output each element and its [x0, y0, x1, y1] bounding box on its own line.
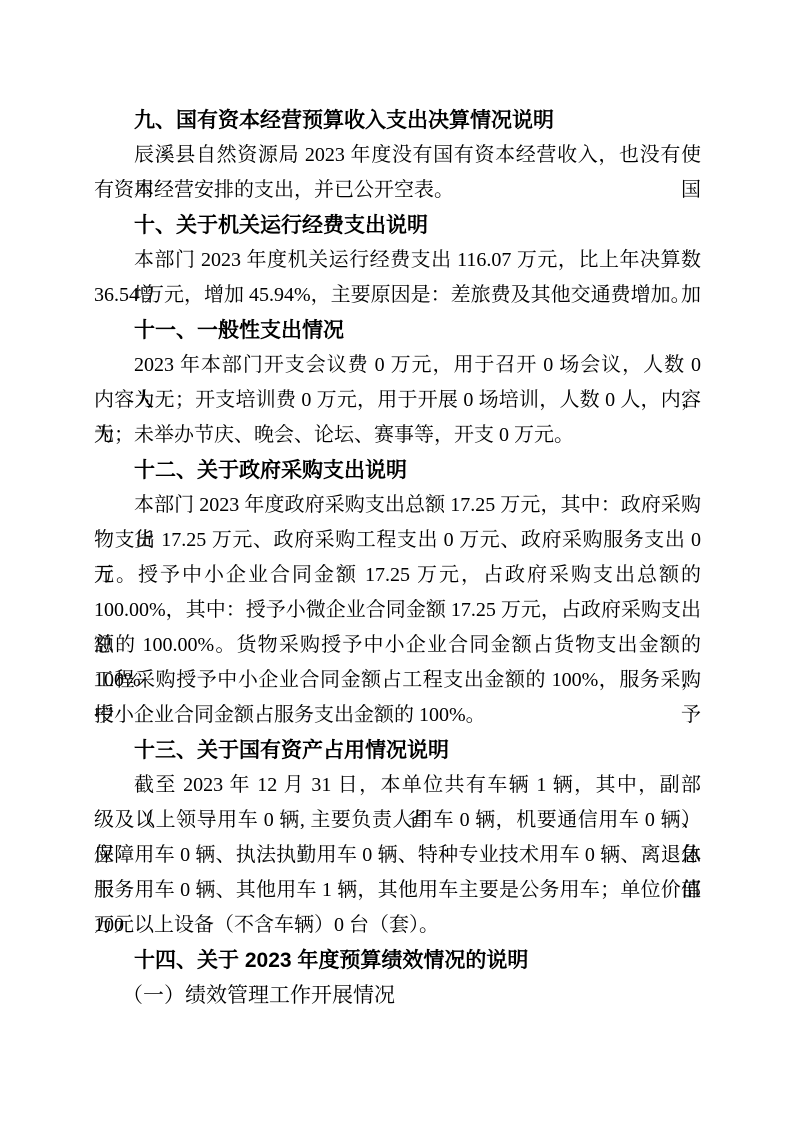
paragraph-line: 无；未举办节庆、晚会、论坛、赛事等，开支 0 万元。 [94, 418, 701, 453]
paragraph-line: 元。授予中小企业合同金额 17.25 万元，占政府采购支出总额的 [94, 558, 701, 593]
heading-section-thirteen: 十三、关于国有资产占用情况说明 [94, 733, 701, 768]
heading-section-ten: 十、关于机关运行经费支出说明 [94, 208, 701, 243]
paragraph-line: 工程采购授予中小企业合同金额占工程支出金额的 100%，服务采购授予 [94, 663, 701, 698]
paragraph-line: 本部门 2023 年度政府采购支出总额 17.25 万元，其中：政府采购货 [94, 488, 701, 523]
paragraph-line: 万元以上设备（不含车辆）0 台（套）。 [94, 908, 701, 943]
paragraph-line: 级及以上领导用车 0 辆, 主要负责人用车 0 辆，机要通信用车 0 辆、应急 [94, 803, 701, 838]
document-body: 九、国有资本经营预算收入支出决算情况说明 辰溪县自然资源局 2023 年度没有国… [94, 103, 701, 1013]
heading-section-fourteen: 十四、关于 2023 年度预算绩效情况的说明 [94, 943, 701, 978]
paragraph-line: 2023 年本部门开支会议费 0 万元，用于召开 0 场会议，人数 0 人， [94, 348, 701, 383]
heading-section-eleven: 十一、一般性支出情况 [94, 313, 701, 348]
subheading-performance: （一）绩效管理工作开展情况 [94, 978, 701, 1013]
paragraph-line: 额的 100.00%。货物采购授予中小企业合同金额占货物支出金额的 100%， [94, 628, 701, 663]
paragraph-line: 100.00%，其中：授予小微企业合同金额 17.25 万元，占政府采购支出总 [94, 593, 701, 628]
heading-section-twelve: 十二、关于政府采购支出说明 [94, 453, 701, 488]
paragraph-line: 36.54 万元，增加 45.94%，主要原因是：差旅费及其他交通费增加。 [94, 278, 701, 313]
paragraph-line: 辰溪县自然资源局 2023 年度没有国有资本经营收入，也没有使用国 [94, 138, 701, 173]
paragraph-line: 截至 2023 年 12 月 31 日，本单位共有车辆 1 辆，其中，副部（省） [94, 768, 701, 803]
paragraph-line: 内容为无；开支培训费 0 万元，用于开展 0 场培训，人数 0 人，内容为 [94, 383, 701, 418]
paragraph-line: 本部门 2023 年度机关运行经费支出 116.07 万元，比上年决算数增加 [94, 243, 701, 278]
paragraph-line: 服务用车 0 辆、其他用车 1 辆，其他用车主要是公务用车；单位价值 100 [94, 873, 701, 908]
paragraph-line: 物支出 17.25 万元、政府采购工程支出 0 万元、政府采购服务支出 0 万 [94, 523, 701, 558]
document-page: 九、国有资本经营预算收入支出决算情况说明 辰溪县自然资源局 2023 年度没有国… [0, 0, 793, 1122]
heading-section-nine: 九、国有资本经营预算收入支出决算情况说明 [94, 103, 701, 138]
paragraph-line: 保障用车 0 辆、执法执勤用车 0 辆、特种专业技术用车 0 辆、离退休干部 [94, 838, 701, 873]
